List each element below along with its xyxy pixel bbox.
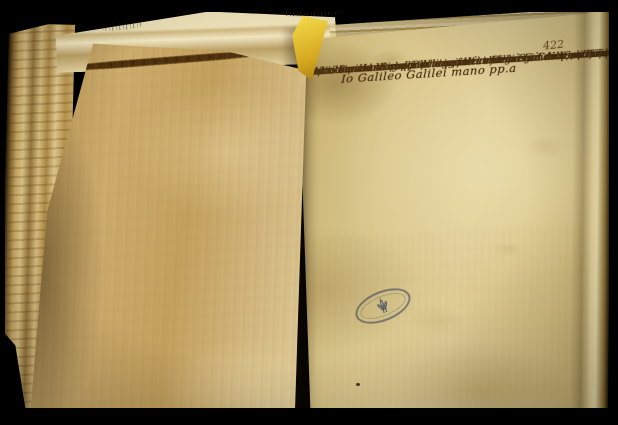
manuscript-photo: 422 o andare in qualche parte come ho gi…: [0, 0, 618, 425]
photo-border-bottom: [0, 408, 618, 425]
ink-bleedthrough: [305, 222, 595, 409]
photo-border-right: [609, 0, 618, 425]
photo-border-top: [0, 0, 618, 12]
ink-speck: [356, 383, 360, 386]
